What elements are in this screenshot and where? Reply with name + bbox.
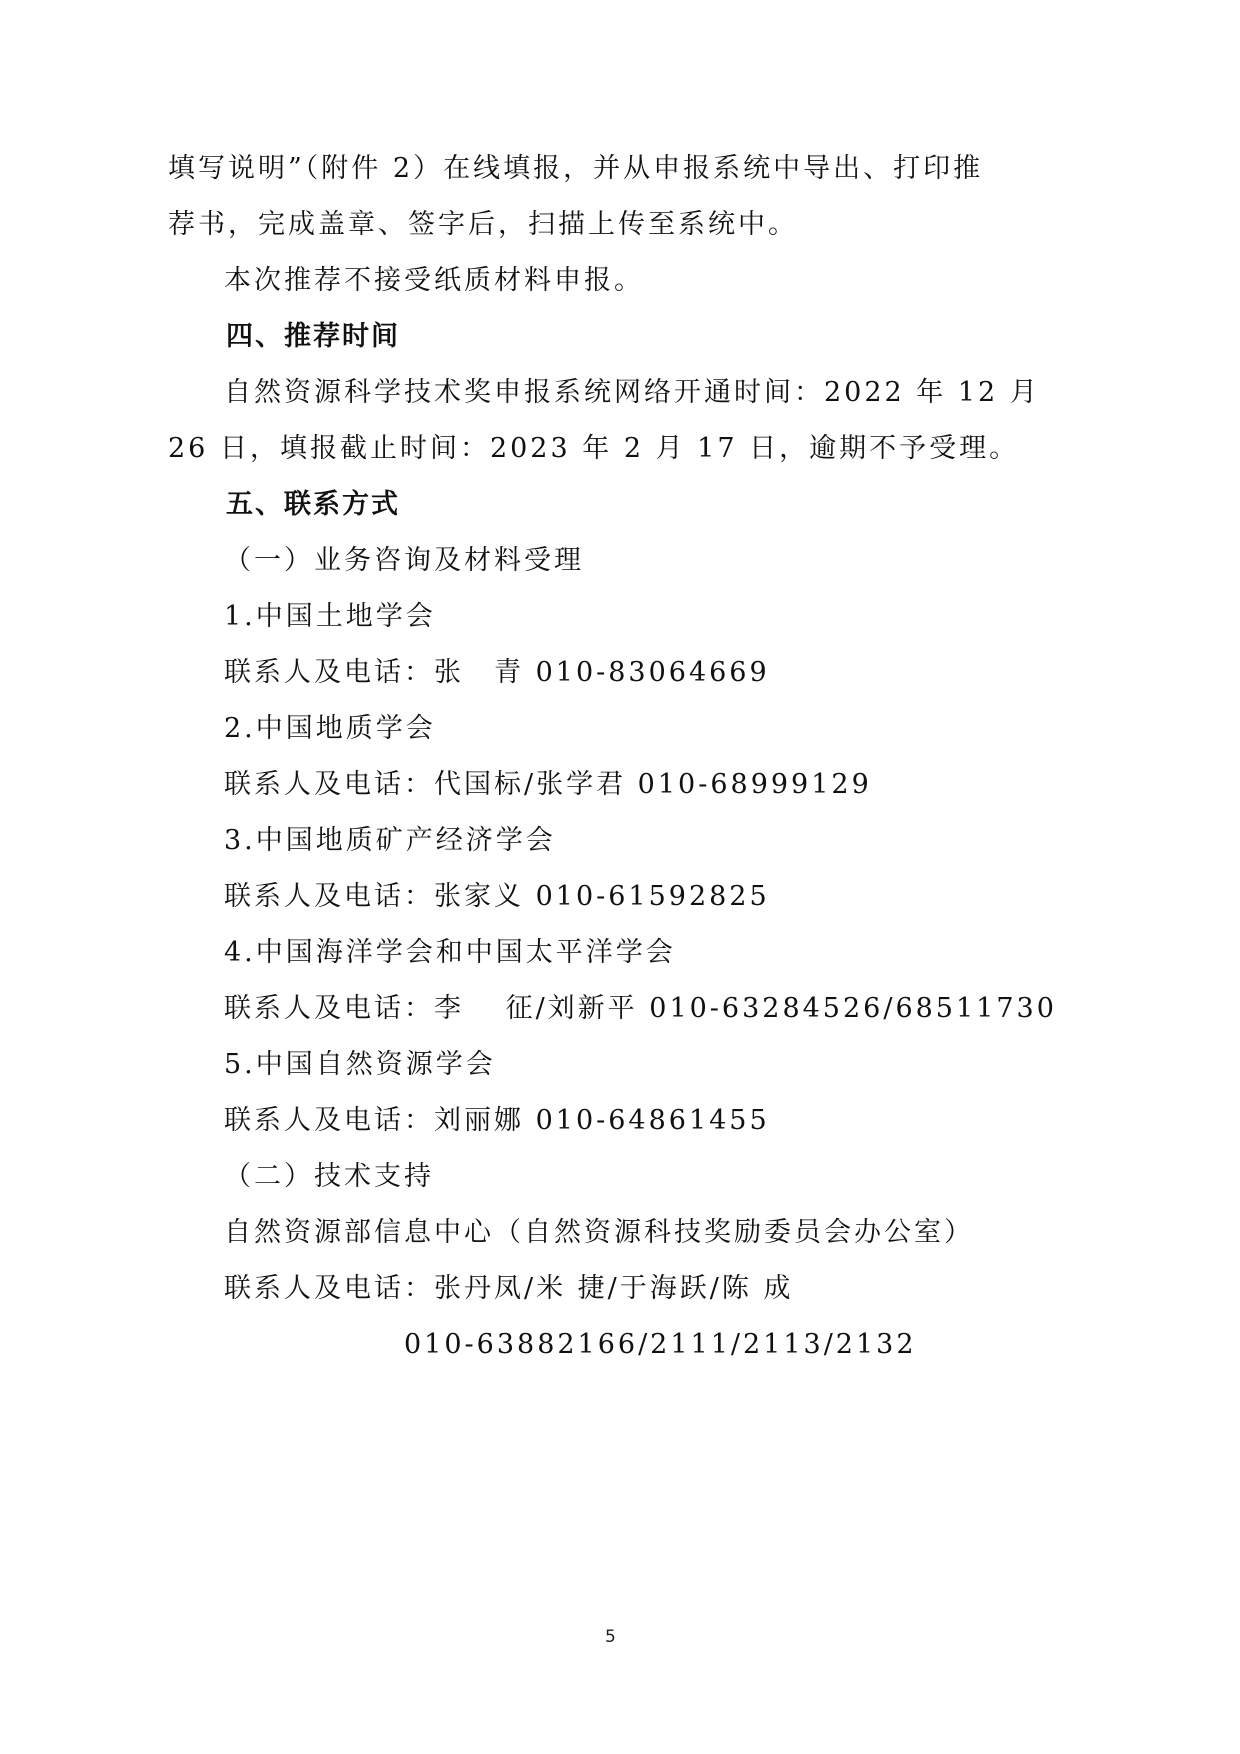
org-contact: 联系人及电话：张家义 010-61592825 xyxy=(224,880,770,914)
org-contact: 联系人及电话：代国标/张学君 010-68999129 xyxy=(224,768,872,802)
paragraph: 本次推荐不接受纸质材料申报。 xyxy=(224,264,644,298)
org-contact: 联系人及电话：张 青 010-83064669 xyxy=(224,656,770,690)
paragraph-line: 26 日，填报截止时间：2023 年 2 月 17 日，逾期不予受理。 xyxy=(168,432,1019,466)
section-heading: 四、推荐时间 xyxy=(226,320,400,354)
org-contact: 联系人及电话：刘丽娜 010-64861455 xyxy=(224,1104,770,1138)
org-name: 自然资源部信息中心（自然资源科技奖励委员会办公室） xyxy=(224,1216,974,1250)
org-contact: 联系人及电话：张丹凤/米 捷/于海跃/陈 成 xyxy=(224,1272,793,1306)
org-name: 4.中国海洋学会和中国太平洋学会 xyxy=(224,936,676,970)
page-number: 5 xyxy=(605,1627,616,1647)
subsection-title: （二）技术支持 xyxy=(224,1160,434,1194)
org-contact: 联系人及电话：李 征/刘新平 010-63284526/68511730 xyxy=(224,992,1057,1026)
org-name: 1.中国土地学会 xyxy=(224,600,436,634)
org-name: 2.中国地质学会 xyxy=(224,712,436,746)
paragraph-line: 荐书，完成盖章、签字后，扫描上传至系统中。 xyxy=(168,208,798,242)
org-phone: 010-63882166/2111/2113/2132 xyxy=(404,1328,917,1362)
paragraph-line: 填写说明”（附件 2）在线填报，并从申报系统中导出、打印推 xyxy=(168,152,938,186)
paragraph-line: 自然资源科学技术奖申报系统网络开通时间：2022 年 12 月 xyxy=(224,376,938,410)
subsection-title: （一）业务咨询及材料受理 xyxy=(224,544,584,578)
org-name: 5.中国自然资源学会 xyxy=(224,1048,496,1082)
org-name: 3.中国地质矿产经济学会 xyxy=(224,824,556,858)
document-page: 填写说明”（附件 2）在线填报，并从申报系统中导出、打印推 荐书，完成盖章、签字… xyxy=(0,0,1240,1754)
section-heading: 五、联系方式 xyxy=(226,488,400,522)
